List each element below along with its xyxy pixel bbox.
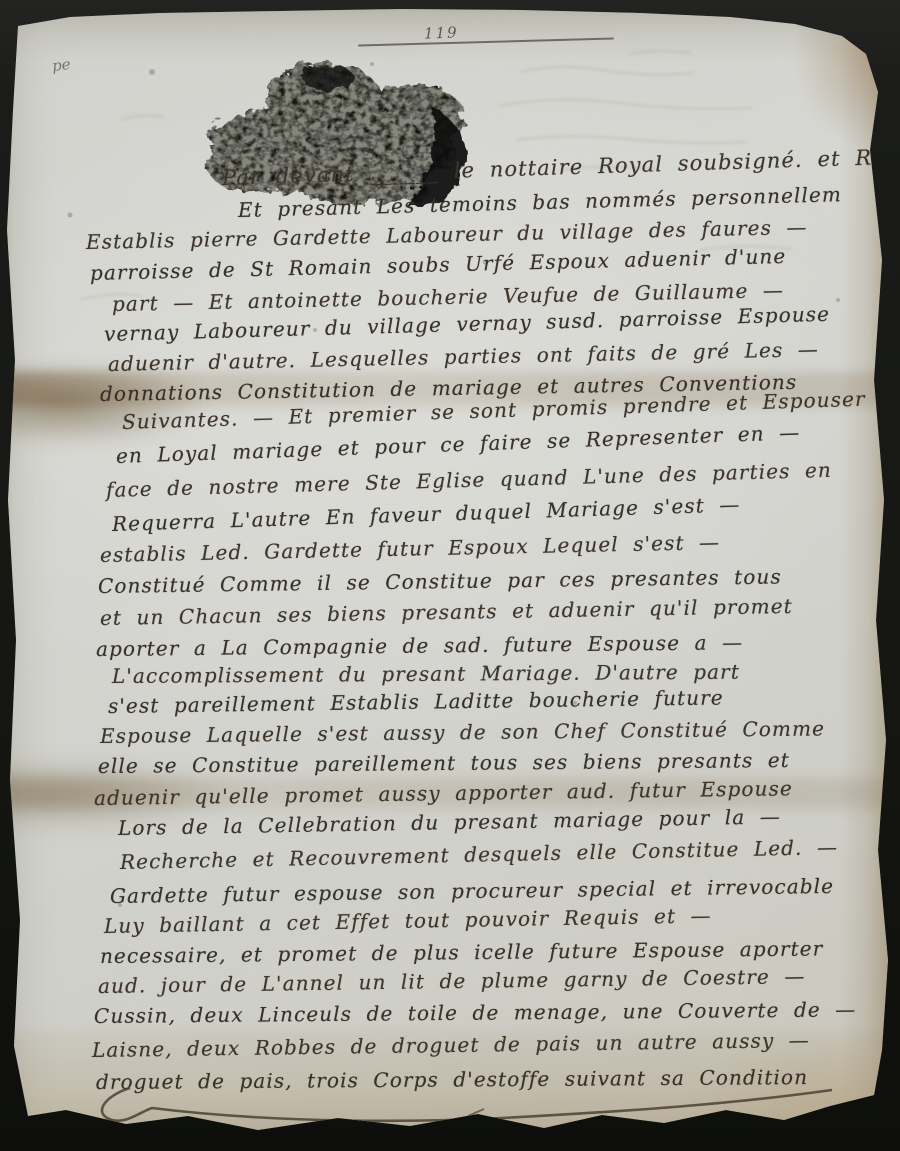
paper-edge-vignette [0,0,900,1151]
manuscript-page: 119 pe [0,0,900,1151]
photo-backdrop: 119 pe [0,0,900,1151]
